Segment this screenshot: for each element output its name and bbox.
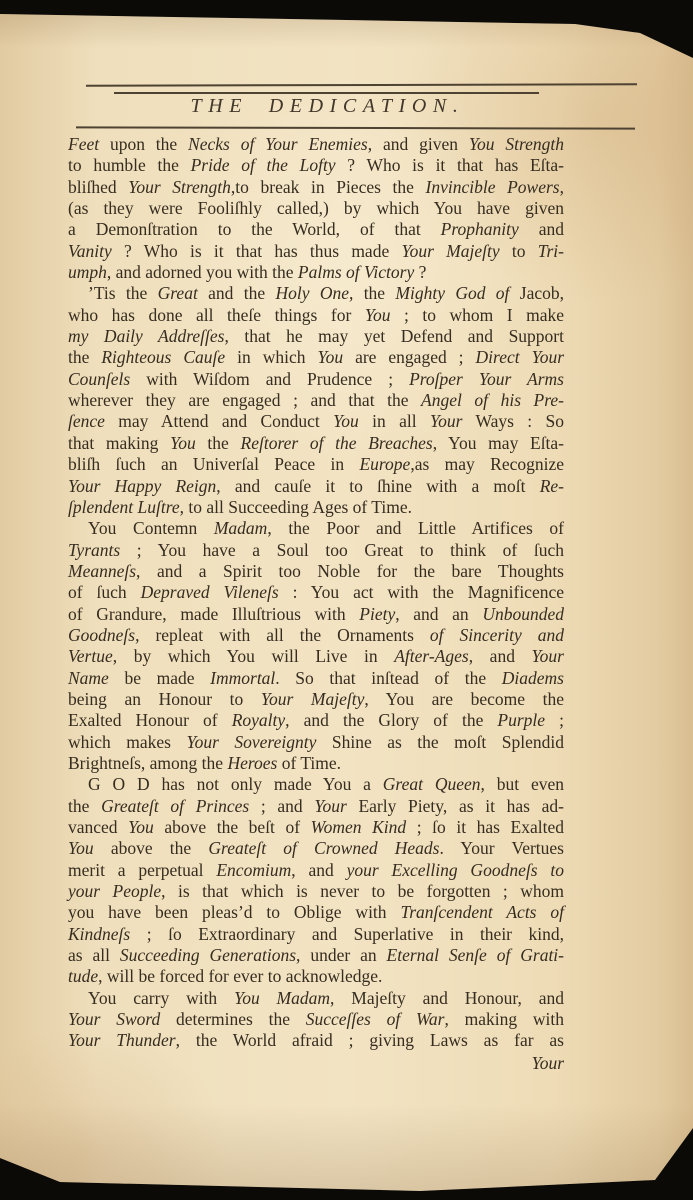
italic-text-segment: Reſtorer of the Breaches (241, 433, 433, 453)
text-segment: Ways : So (462, 411, 564, 431)
italic-text-segment: Your Sword (68, 1009, 160, 1029)
text-segment: ; You have a Soul too Great to think of … (120, 540, 564, 560)
text-segment: You carry with (88, 988, 234, 1008)
text-line: You above the Greateſt of Crowned Heads.… (68, 838, 564, 859)
text-segment: : You act with the Magnificence (279, 582, 564, 602)
text-segment: , (560, 177, 564, 197)
text-line: bliſhed Your Strength,to break in Pieces… (68, 177, 564, 198)
text-segment: ? Who is it that has thus made (112, 241, 402, 261)
text-line: that making You the Reſtorer of the Brea… (68, 433, 564, 454)
italic-text-segment: Your Majeſty (261, 689, 364, 709)
text-segment: , and an (395, 604, 482, 624)
text-segment: You Contemn (88, 518, 214, 538)
text-segment: Exalted Honour of (68, 710, 232, 730)
text-segment: are engaged ; (343, 347, 475, 367)
text-line: Goodneſs, repleat with all the Ornaments… (68, 625, 564, 646)
text-segment: in all (359, 411, 430, 431)
italic-text-segment: You Madam (234, 988, 330, 1008)
text-segment: be made (109, 668, 210, 688)
text-line: You Contemn Madam, the Poor and Little A… (68, 518, 564, 539)
italic-text-segment: You (365, 305, 391, 325)
italic-text-segment: Feet (68, 134, 99, 154)
italic-text-segment: Succeeding Generations (120, 945, 296, 965)
text-segment: , the World afraid ; giving Laws as far … (176, 1030, 564, 1050)
text-segment: G O D has not only made You a (88, 774, 383, 794)
body-text: Feet upon the Necks of Your Enemies, and… (68, 134, 564, 1052)
text-line: ſence may Attend and Conduct You in all … (68, 411, 564, 432)
text-segment: bliſh ſuch an Univerſal Peace in (68, 454, 359, 474)
text-segment: , making with (445, 1009, 565, 1029)
text-segment: with Wiſdom and Prudence ; (130, 369, 409, 389)
text-segment: of ſuch (68, 582, 141, 602)
page-paper: THE DEDICATION. Feet upon the Necks of Y… (0, 0, 693, 1200)
text-segment: , and a Spirit too Noble for the bare Th… (136, 561, 564, 581)
text-segment: above the (94, 838, 209, 858)
italic-text-segment: Your (532, 646, 564, 666)
italic-text-segment: Your Thunder (68, 1030, 176, 1050)
text-segment: to humble the (68, 155, 191, 175)
italic-text-segment: umph (68, 262, 107, 282)
text-segment: (as they were Fooliſhly called,) by whic… (68, 198, 564, 218)
italic-text-segment: Heroes (227, 753, 277, 773)
italic-text-segment: Tri- (538, 241, 564, 261)
italic-text-segment: Your Majeſty (401, 241, 499, 261)
text-line: Vertue, by which You will Live in After-… (68, 646, 564, 667)
text-segment: , is that which is never to be forgotten… (161, 881, 564, 901)
text-segment: as all (68, 945, 120, 965)
text-segment: , by which You will Live in (113, 646, 394, 666)
text-segment: ; and (249, 796, 314, 816)
italic-text-segment: ſence (68, 411, 105, 431)
text-segment: Early Piety, as it has ad- (347, 796, 564, 816)
text-segment: Brightneſs, among the (68, 753, 227, 773)
page-heading: THE DEDICATION. (100, 95, 555, 118)
text-line: a Demonſtration to the World, of that Pr… (68, 219, 564, 240)
italic-text-segment: Purple (497, 710, 545, 730)
header-rule-inner (114, 92, 539, 94)
italic-text-segment: Righteous Cauſe (101, 347, 225, 367)
text-segment: , and (469, 646, 532, 666)
italic-text-segment: Proſper Your Arms (409, 369, 564, 389)
italic-text-segment: Madam (214, 518, 267, 538)
italic-text-segment: my Daily Addreſſes (68, 326, 224, 346)
text-segment: , will be forced for ever to acknowledge… (98, 966, 382, 986)
italic-text-segment: Immortal (210, 668, 275, 688)
text-segment: that making (68, 433, 170, 453)
text-line: Kindneſs ; ſo Extraordinary and Superlat… (68, 924, 564, 945)
text-segment: above the beſt of (154, 817, 311, 837)
italic-text-segment: your People (68, 881, 161, 901)
italic-text-segment: Royalty (232, 710, 285, 730)
text-segment: ; ſo Extraordinary and Superlative in th… (130, 924, 564, 944)
text-line: bliſh ſuch an Univerſal Peace in Europe,… (68, 454, 564, 475)
text-line: being an Honour to Your Majeſty, You are… (68, 689, 564, 710)
text-segment: wherever they are engaged ; and that the (68, 390, 421, 410)
text-line: Counſels with Wiſdom and Prudence ; Proſ… (68, 369, 564, 390)
text-segment: , repleat with all the Ornaments (135, 625, 430, 645)
text-line: Feet upon the Necks of Your Enemies, and… (68, 134, 564, 155)
italic-text-segment: your Excelling Goodneſs to (347, 860, 564, 880)
italic-text-segment: Succeſſes of War (306, 1009, 445, 1029)
text-line: Your Happy Reign, and cauſe it to ſhine … (68, 476, 564, 497)
text-line: the Righteous Cauſe in which You are eng… (68, 347, 564, 368)
italic-text-segment: Meanneſs (68, 561, 136, 581)
text-segment: and (519, 219, 564, 239)
text-segment: you have been pleas’d to Oblige with (68, 902, 400, 922)
text-line: Name be made Immortal. So that inſtead o… (68, 668, 564, 689)
header-rule-outer (86, 83, 637, 86)
text-segment: ,as may Recognize (410, 454, 564, 474)
text-segment: the (196, 433, 241, 453)
text-segment: and the (198, 283, 276, 303)
text-line: to humble the Pride of the Lofty ? Who i… (68, 155, 564, 176)
italic-text-segment: Depraved Vileneſs (141, 582, 279, 602)
italic-text-segment: Greateſt of Princes (101, 796, 249, 816)
text-line: Your Thunder, the World afraid ; giving … (68, 1030, 564, 1051)
text-segment: ? (414, 262, 426, 282)
text-line: your People, is that which is never to b… (68, 881, 564, 902)
text-line: as all Succeeding Generations, under an … (68, 945, 564, 966)
text-segment: determines the (160, 1009, 305, 1029)
italic-text-segment: Greateſt of Crowned Heads (208, 838, 439, 858)
text-line: You carry with You Madam, Majeſty and Ho… (68, 988, 564, 1009)
text-segment: bliſhed (68, 177, 128, 197)
italic-text-segment: Vertue (68, 646, 113, 666)
text-line: you have been pleas’d to Oblige with Tra… (68, 902, 564, 923)
text-line: Brightneſs, among the Heroes of Time. (68, 753, 564, 774)
italic-text-segment: ſplendent Luſtre (68, 497, 180, 517)
text-segment: the (68, 796, 101, 816)
text-line: Meanneſs, and a Spirit too Noble for the… (68, 561, 564, 582)
italic-text-segment: Women Kind (311, 817, 407, 837)
text-segment: , You are become the (364, 689, 564, 709)
italic-text-segment: Piety (359, 604, 395, 624)
text-segment: the (68, 347, 101, 367)
text-line: ’Tis the Great and the Holy One, the Mig… (68, 283, 564, 304)
text-segment: of Grandure, made Illuſtrious with (68, 604, 359, 624)
text-line: my Daily Addreſſes, that he may yet Defe… (68, 326, 564, 347)
text-line: (as they were Fooliſhly called,) by whic… (68, 198, 564, 219)
text-line: who has done all theſe things for You ; … (68, 305, 564, 326)
text-line: Exalted Honour of Royalty, and the Glory… (68, 710, 564, 731)
text-line: Tyrants ; You have a Soul too Great to t… (68, 540, 564, 561)
text-line: vanced You above the beſt of Women Kind … (68, 817, 564, 838)
italic-text-segment: Angel of his Pre- (421, 390, 564, 410)
text-segment: ; to whom I make (390, 305, 564, 325)
text-segment: , and cauſe it to ſhine with a moſt (216, 476, 539, 496)
text-segment: to (500, 241, 538, 261)
italic-text-segment: You Strength (469, 134, 564, 154)
text-line: ſplendent Luſtre, to all Succeeding Ages… (68, 497, 564, 518)
text-segment: , and adorned you with the (107, 262, 298, 282)
italic-text-segment: Re- (540, 476, 564, 496)
text-segment: , to all Succeeding Ages of Time. (180, 497, 412, 517)
text-segment: ; (545, 710, 564, 730)
italic-text-segment: Mighty God of (395, 283, 509, 303)
italic-text-segment: Counſels (68, 369, 130, 389)
italic-text-segment: Kindneſs (68, 924, 130, 944)
italic-text-segment: Direct Your (476, 347, 564, 367)
text-segment: in which (225, 347, 317, 367)
text-line: which makes Your Sovereignty Shine as th… (68, 732, 564, 753)
text-segment: ’Tis the (88, 283, 158, 303)
text-segment: , but even (481, 774, 564, 794)
italic-text-segment: Tyrants (68, 540, 120, 560)
italic-text-segment: You (68, 838, 94, 858)
italic-text-segment: Pride of the Lofty (191, 155, 336, 175)
header-rule-bottom (76, 126, 635, 129)
text-segment: Shine as the moſt Splendid (316, 732, 564, 752)
text-line: wherever they are engaged ; and that the… (68, 390, 564, 411)
catchword: Your (68, 1053, 564, 1074)
text-line: Your Sword determines the Succeſſes of W… (68, 1009, 564, 1030)
italic-text-segment: You (128, 817, 154, 837)
text-segment: may Attend and Conduct (105, 411, 333, 431)
italic-text-segment: You (333, 411, 359, 431)
italic-text-segment: Unbounded (482, 604, 564, 624)
text-segment: being an Honour to (68, 689, 261, 709)
italic-text-segment: Palms of Victory (298, 262, 414, 282)
italic-text-segment: Holy One (275, 283, 349, 303)
italic-text-segment: Great (158, 283, 198, 303)
text-segment: merit a perpetual (68, 860, 216, 880)
italic-text-segment: Necks of Your Enemies (188, 134, 368, 154)
text-segment: , under an (296, 945, 386, 965)
italic-text-segment: Your Happy Reign (68, 476, 216, 496)
text-line: Vanity ? Who is it that has thus made Yo… (68, 241, 564, 262)
italic-text-segment: Goodneſs (68, 625, 135, 645)
italic-text-segment: Your Sovereignty (186, 732, 316, 752)
italic-text-segment: Great Queen (383, 774, 481, 794)
text-segment: ? Who is it that has Eſta- (336, 155, 564, 175)
italic-text-segment: Vanity (68, 241, 112, 261)
text-line: merit a perpetual Encomium, and your Exc… (68, 860, 564, 881)
italic-text-segment: Name (68, 668, 109, 688)
text-segment: of Time. (277, 753, 341, 773)
text-segment: which makes (68, 732, 186, 752)
italic-text-segment: Invincible Powers (426, 177, 560, 197)
italic-text-segment: Europe (359, 454, 410, 474)
italic-text-segment: Diadems (502, 668, 564, 688)
text-segment: , and given (368, 134, 469, 154)
text-segment: upon the (99, 134, 188, 154)
text-line: umph, and adorned you with the Palms of … (68, 262, 564, 283)
text-segment: . Your Vertues (440, 838, 565, 858)
italic-text-segment: Tranſcendent Acts of (400, 902, 564, 922)
text-segment: , You may Eſta- (433, 433, 564, 453)
text-segment: . So that inſtead of the (275, 668, 501, 688)
text-segment: , that he may yet Defend and Support (224, 326, 564, 346)
text-segment: , and the Glory of the (285, 710, 497, 730)
text-line: tude, will be forced for ever to acknowl… (68, 966, 564, 987)
italic-text-segment: Your (314, 796, 346, 816)
text-line: the Greateſt of Princes ; and Your Early… (68, 796, 564, 817)
text-segment: ; ſo it has Exalted (406, 817, 564, 837)
text-line: G O D has not only made You a Great Quee… (68, 774, 564, 795)
text-line: of Grandure, made Illuſtrious with Piety… (68, 604, 564, 625)
italic-text-segment: Prophanity (441, 219, 519, 239)
italic-text-segment: Encomium (216, 860, 291, 880)
text-segment: , the Poor and Little Artifices of (267, 518, 564, 538)
italic-text-segment: tude (68, 966, 98, 986)
scanned-book-page: THE DEDICATION. Feet upon the Necks of Y… (0, 0, 693, 1200)
text-segment: , Majeſty and Honour, and (330, 988, 564, 1008)
italic-text-segment: You (317, 347, 343, 367)
italic-text-segment: of Sincerity and (430, 625, 564, 645)
text-segment: , and (291, 860, 346, 880)
text-segment: who has done all theſe things for (68, 305, 365, 325)
italic-text-segment: Your Strength (128, 177, 231, 197)
text-segment: ,to break in Pieces the (231, 177, 426, 197)
text-line: of ſuch Depraved Vileneſs : You act with… (68, 582, 564, 603)
italic-text-segment: You (170, 433, 196, 453)
text-segment: a Demonſtration to the World, of that (68, 219, 441, 239)
text-segment: Jacob, (509, 283, 564, 303)
italic-text-segment: After-Ages (394, 646, 469, 666)
italic-text-segment: Eternal Senſe of Grati- (387, 945, 565, 965)
italic-text-segment: Your (430, 411, 462, 431)
text-segment: , the (349, 283, 395, 303)
text-segment: vanced (68, 817, 128, 837)
